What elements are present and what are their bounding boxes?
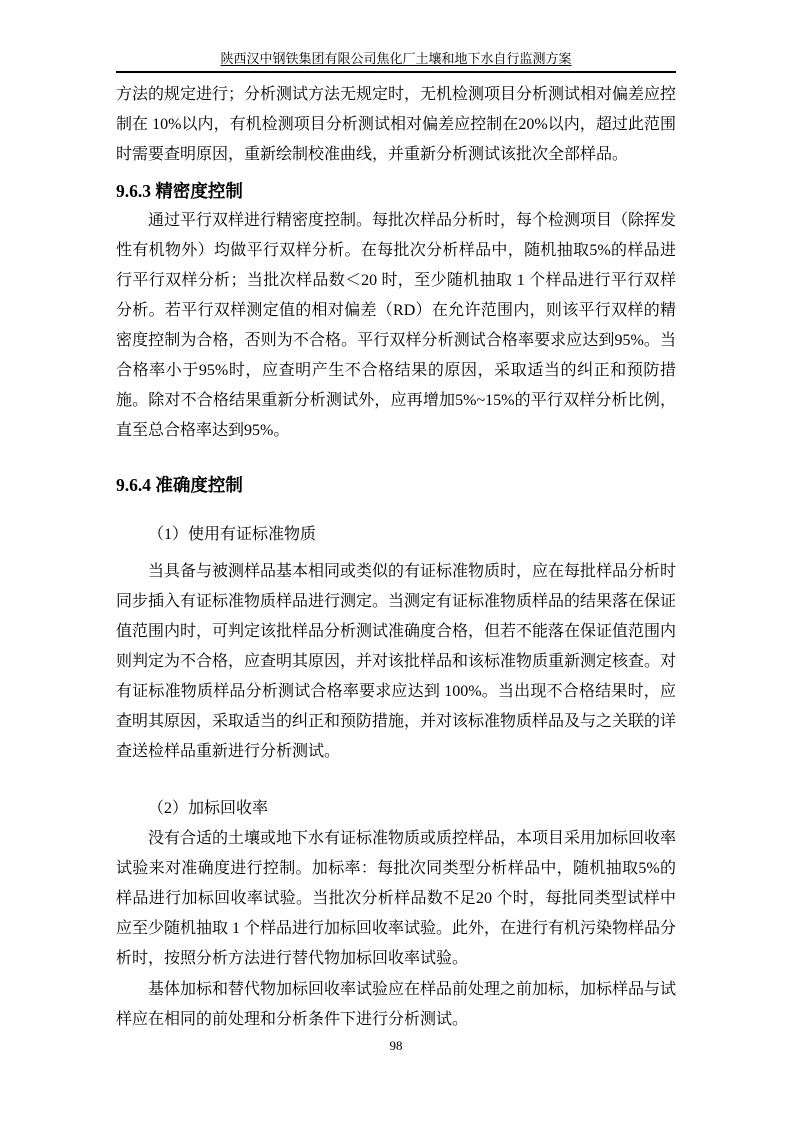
document-page: 陕西汉中钢铁集团有限公司焦化厂土壤和地下水自行监测方案 方法的规定进行；分析测试… — [0, 0, 792, 1121]
paragraph-certified-reference-material: 当具备与被测样品基本相同或类似的有证标准物质时，应在每批样品分析时同步插入有证标… — [116, 557, 676, 767]
paragraph-spike-recovery: 没有合适的土壤或地下水有证标准物质或质控样品，本项目采用加标回收率试验来对准确度… — [116, 824, 676, 974]
paragraph-continuation: 方法的规定进行；分析测试方法无规定时，无机检测项目分析测试相对偏差应控制在 10… — [116, 80, 676, 170]
item-2-heading: （2）加标回收率 — [116, 794, 676, 824]
page-header: 陕西汉中钢铁集团有限公司焦化厂土壤和地下水自行监测方案 — [116, 50, 676, 73]
paragraph-spike-recovery-2: 基体加标和替代物加标回收率试验应在样品前处理之前加标，加标样品与试样应在相同的前… — [116, 975, 676, 1035]
item-1-heading: （1）使用有证标准物质 — [116, 520, 676, 550]
header-title: 陕西汉中钢铁集团有限公司焦化厂土壤和地下水自行监测方案 — [220, 51, 571, 66]
page-number: 98 — [0, 1038, 792, 1054]
paragraph-precision-control: 通过平行双样进行精密度控制。每批次样品分析时，每个检测项目（除挥发性有机物外）均… — [116, 206, 676, 446]
section-heading-9-6-4: 9.6.4 准确度控制 — [116, 470, 676, 500]
section-heading-9-6-3: 9.6.3 精密度控制 — [116, 176, 676, 206]
document-body: 方法的规定进行；分析测试方法无规定时，无机检测项目分析测试相对偏差应控制在 10… — [116, 75, 676, 1035]
